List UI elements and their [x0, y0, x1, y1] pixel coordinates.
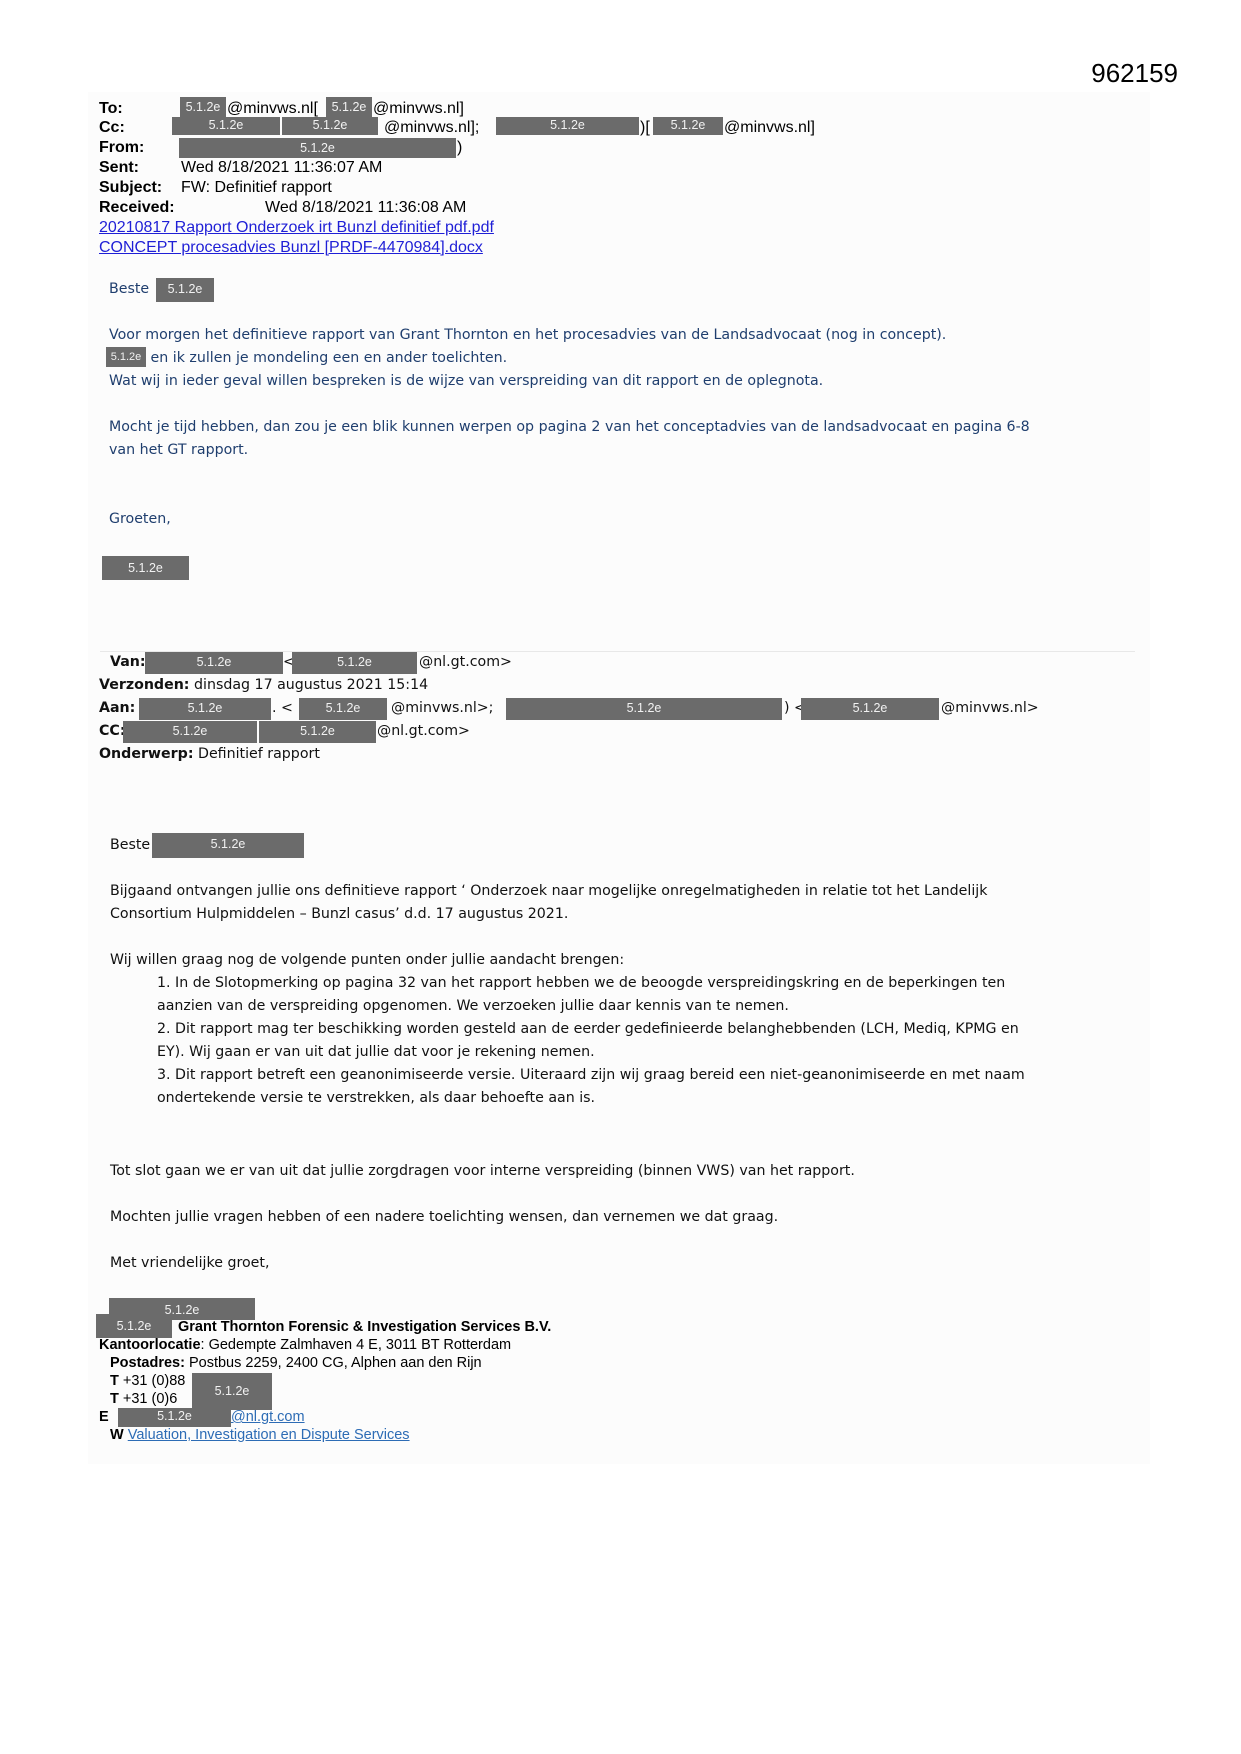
to-address-1: @minvws.nl[	[227, 99, 318, 119]
fw-line-1: Voor morgen het definitieve rapport van …	[109, 324, 946, 347]
orig-closing: Met vriendelijke groet,	[110, 1252, 269, 1275]
sent-value: Wed 8/18/2021 11:36:07 AM	[181, 158, 382, 178]
cc-address-2: @minvws.nl]	[724, 118, 815, 138]
fw-line-4a: Mocht je tijd hebben, dan zou je een bli…	[109, 416, 1030, 439]
signature-email: E 5.1.2e @nl.gt.com	[99, 1408, 109, 1426]
redaction: 5.1.2e	[653, 117, 723, 135]
cc-original-row: CC: 5.1.2e 5.1.2e @nl.gt.com>	[99, 720, 126, 743]
redaction: 5.1.2e	[152, 833, 304, 858]
redaction: 5.1.2e	[506, 698, 782, 720]
redaction: 5.1.2e	[179, 138, 456, 158]
redaction: 5.1.2e	[156, 278, 214, 302]
point-1b: aanzien van de verspreiding opgenomen. W…	[157, 995, 789, 1018]
to-address-2: @minvws.nl]	[373, 99, 464, 119]
point-3b: ondertekende versie te verstrekken, als …	[157, 1087, 595, 1110]
from-row: From: 5.1.2e )	[99, 138, 144, 158]
fw-greeting-text: Beste	[109, 281, 149, 297]
redaction: 5.1.2e	[123, 721, 257, 743]
phone-redaction: 5.1.2e	[192, 1373, 272, 1410]
aan-row: Aan: 5.1.2e . < 5.1.2e @minvws.nl>; 5.1.…	[99, 697, 135, 720]
phone-1-value: +31 (0)88	[119, 1373, 186, 1389]
orig-para-2: Tot slot gaan we er van uit dat jullie z…	[110, 1160, 855, 1183]
redaction: 5.1.2e	[282, 117, 378, 135]
orig-para-1a: Bijgaand ontvangen jullie ons definitiev…	[110, 880, 987, 903]
received-row: Received: Wed 8/18/2021 11:36:08 AM	[99, 198, 175, 218]
point-3a: 3. Dit rapport betreft een geanonimiseer…	[157, 1064, 1025, 1087]
office-value: : Gedempte Zalmhaven 4 E, 3011 BT Rotter…	[201, 1337, 512, 1353]
email-label: E	[99, 1409, 109, 1425]
cc-row: Cc: 5.1.2e 5.1.2e @minvws.nl]; 5.1.2e )[…	[99, 118, 125, 138]
signature-phone-2: T +31 (0)6	[110, 1390, 177, 1408]
postal-label: Postadres:	[110, 1355, 185, 1371]
to-label: To:	[99, 100, 123, 117]
redaction: 5.1.2e	[106, 347, 146, 367]
fw-line-2: 5.1.2e en ik zullen je mondeling een en …	[106, 347, 507, 370]
from-tail: )	[457, 138, 462, 158]
verzonden-row: Verzonden: dinsdag 17 augustus 2021 15:1…	[99, 674, 428, 697]
sent-label: Sent:	[99, 159, 139, 176]
van-row: Van: 5.1.2e < 5.1.2e @nl.gt.com>	[110, 651, 146, 674]
email-link[interactable]: @nl.gt.com	[231, 1408, 305, 1426]
redaction: 5.1.2e	[139, 698, 271, 720]
signature-web: W Valuation, Investigation en Dispute Se…	[110, 1426, 410, 1444]
attachment-link-1[interactable]: 20210817 Rapport Onderzoek irt Bunzl def…	[99, 218, 494, 238]
aan-address-2: @minvws.nl>	[941, 697, 1039, 720]
aan-address-1: @minvws.nl>;	[391, 697, 493, 720]
redaction: 5.1.2e	[292, 652, 417, 674]
document-number: 962159	[1091, 58, 1178, 89]
phone-1-label: T	[110, 1373, 119, 1389]
redaction: 5.1.2e	[172, 117, 280, 135]
aan-label: Aan:	[99, 700, 135, 716]
signature-company: Grant Thornton Forensic & Investigation …	[178, 1318, 551, 1336]
office-label: Kantoorlocatie	[99, 1337, 201, 1353]
signature-title-redaction: 5.1.2e	[96, 1314, 172, 1338]
cc-label: Cc:	[99, 119, 125, 136]
signature-phone-1: T +31 (0)88	[110, 1372, 185, 1390]
point-2a: 2. Dit rapport mag ter beschikking worde…	[157, 1018, 1019, 1041]
phone-2-label: T	[110, 1391, 119, 1407]
cc-address-1: @minvws.nl];	[384, 118, 479, 138]
from-label: From:	[99, 139, 144, 156]
to-row: To: 5.1.2e @minvws.nl[ 5.1.2e @minvws.nl…	[99, 99, 123, 119]
fw-line-3: Wat wij in ieder geval willen bespreken …	[109, 370, 823, 393]
fw-signature-redaction: 5.1.2e	[102, 556, 189, 580]
attachment-link-2[interactable]: CONCEPT procesadvies Bunzl [PRDF-4470984…	[99, 238, 483, 258]
phone-2-value: +31 (0)6	[119, 1391, 177, 1407]
van-address: @nl.gt.com>	[419, 651, 512, 674]
redaction: 5.1.2e	[299, 698, 387, 720]
redaction: 5.1.2e	[326, 97, 372, 117]
subject-value: FW: Definitief rapport	[181, 178, 332, 198]
redaction: 5.1.2e	[259, 721, 376, 743]
verzonden-label: Verzonden:	[99, 677, 189, 693]
orig-greeting-text: Beste	[110, 837, 150, 853]
redaction: 5.1.2e	[801, 698, 939, 720]
redaction: 5.1.2e	[496, 117, 639, 135]
postal-value: Postbus 2259, 2400 CG, Alphen aan den Ri…	[185, 1355, 482, 1371]
orig-intro: Wij willen graag nog de volgende punten …	[110, 949, 624, 972]
onderwerp-label: Onderwerp:	[99, 746, 194, 762]
onderwerp-row: Onderwerp: Definitief rapport	[99, 743, 320, 766]
redaction: 5.1.2e	[145, 652, 283, 674]
subject-label: Subject:	[99, 179, 162, 196]
fw-line-2-text: en ik zullen je mondeling een en ander t…	[151, 350, 508, 366]
received-value: Wed 8/18/2021 11:36:08 AM	[265, 198, 466, 218]
web-link[interactable]: Valuation, Investigation en Dispute Serv…	[128, 1427, 410, 1443]
onderwerp-value: Definitief rapport	[198, 746, 320, 762]
fw-greeting: Beste 5.1.2e	[109, 278, 149, 301]
fw-closing: Groeten,	[109, 508, 171, 531]
cc-original-label: CC:	[99, 723, 126, 739]
van-label: Van:	[110, 654, 146, 670]
orig-para-3: Mochten jullie vragen hebben of een nade…	[110, 1206, 778, 1229]
point-1a: 1. In de Slotopmerking op pagina 32 van …	[157, 972, 1005, 995]
orig-greeting: Beste 5.1.2e	[110, 834, 150, 857]
orig-para-1b: Consortium Hulpmiddelen – Bunzl casus’ d…	[110, 903, 568, 926]
point-2b: EY). Wij gaan er van uit dat jullie dat …	[157, 1041, 595, 1064]
sent-row: Sent: Wed 8/18/2021 11:36:07 AM	[99, 158, 139, 178]
fw-line-4b: van het GT rapport.	[109, 439, 248, 462]
signature-postal: Postadres: Postbus 2259, 2400 CG, Alphen…	[110, 1354, 482, 1372]
verzonden-value: dinsdag 17 augustus 2021 15:14	[194, 677, 428, 693]
redaction: 5.1.2e	[118, 1408, 231, 1427]
web-label: W	[110, 1427, 124, 1443]
signature-office: Kantoorlocatie: Gedempte Zalmhaven 4 E, …	[99, 1336, 511, 1354]
subject-row: Subject: FW: Definitief rapport	[99, 178, 162, 198]
redaction: 5.1.2e	[180, 97, 226, 117]
cc-sep: )[	[640, 118, 650, 138]
aan-sep-1: . <	[272, 697, 293, 720]
received-label: Received:	[99, 199, 175, 216]
cc-original-address: @nl.gt.com>	[377, 720, 470, 743]
